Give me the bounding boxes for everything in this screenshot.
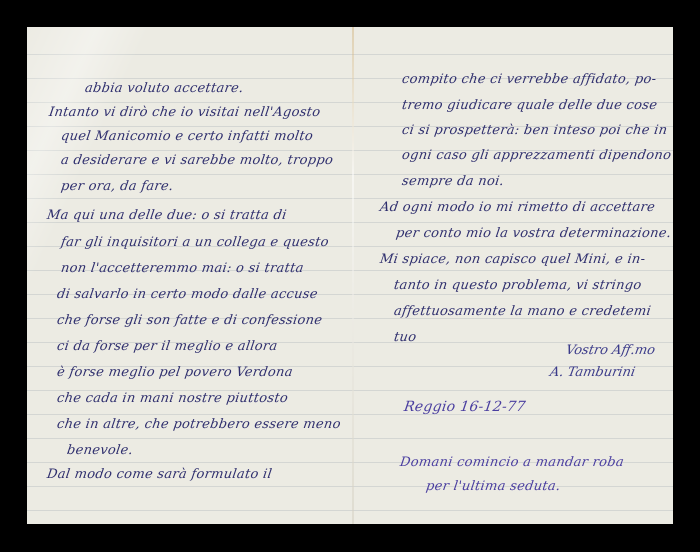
- letter-line: che forse gli son fatte e di confessione: [56, 313, 323, 328]
- letter-line: Intanto vi dirò che io visitai nell'Agos…: [48, 105, 321, 120]
- place-date: Reggio 16-12-77: [403, 399, 527, 415]
- letter-line: è forse meglio pel povero Verdona: [56, 365, 294, 380]
- letter-line: tanto in questo problema, vi stringo: [393, 278, 643, 293]
- letter-paper: abbia voluto accettare. Intanto vi dirò …: [27, 27, 673, 524]
- letter-line: non l'accetteremmo mai: o si tratta: [60, 261, 305, 276]
- letter-line: che cada in mani nostre piuttosto: [56, 391, 289, 406]
- letter-line: sempre da noi.: [401, 174, 505, 189]
- left-page: abbia voluto accettare. Intanto vi dirò …: [27, 27, 352, 524]
- postscript-line: Domani comincio a mandar roba: [399, 455, 625, 470]
- letter-line: a desiderare e vi sarebbe molto, troppo: [60, 153, 334, 168]
- letter-line: tremo giudicare quale delle due cose: [401, 98, 658, 113]
- letter-line: benevole.: [66, 443, 134, 458]
- right-page: compito che ci verrebbe affidato, po- tr…: [354, 27, 673, 524]
- letter-line: Ad ogni modo io mi rimetto di accettare: [379, 200, 656, 215]
- letter-line: che in altre, che potrebbero essere meno: [56, 417, 342, 432]
- postscript-line: per l'ultima seduta.: [425, 479, 561, 494]
- letter-line: Dal modo come sarà formulato il: [46, 467, 273, 482]
- letter-line: di salvarlo in certo modo dalle accuse: [56, 287, 319, 302]
- letter-line: abbia voluto accettare.: [84, 81, 245, 96]
- letter-line: ogni caso gli apprezzamenti dipendono: [401, 148, 672, 163]
- signature: A. Tamburini: [549, 365, 637, 380]
- letter-line: compito che ci verrebbe affidato, po-: [401, 72, 657, 87]
- letter-line: per conto mio la vostra determinazione.: [395, 226, 672, 241]
- letter-line: Ma qui una delle due: o si tratta di: [46, 208, 288, 223]
- letter-line: tuo: [393, 330, 417, 345]
- letter-line: ci si prospetterà: ben inteso poi che in: [401, 123, 668, 138]
- letter-line: ci da forse per il meglio e allora: [56, 339, 279, 354]
- closing: Vostro Aff.mo: [565, 343, 657, 358]
- letter-line: quel Manicomio e certo infatti molto: [60, 129, 314, 144]
- letter-line: Mi spiace, non capisco quel Mini, e in-: [379, 252, 646, 267]
- letter-line: affettuosamente la mano e credetemi: [393, 304, 652, 319]
- letter-line: per ora, da fare.: [60, 179, 174, 194]
- letter-line: far gli inquisitori a un collega e quest…: [60, 235, 330, 250]
